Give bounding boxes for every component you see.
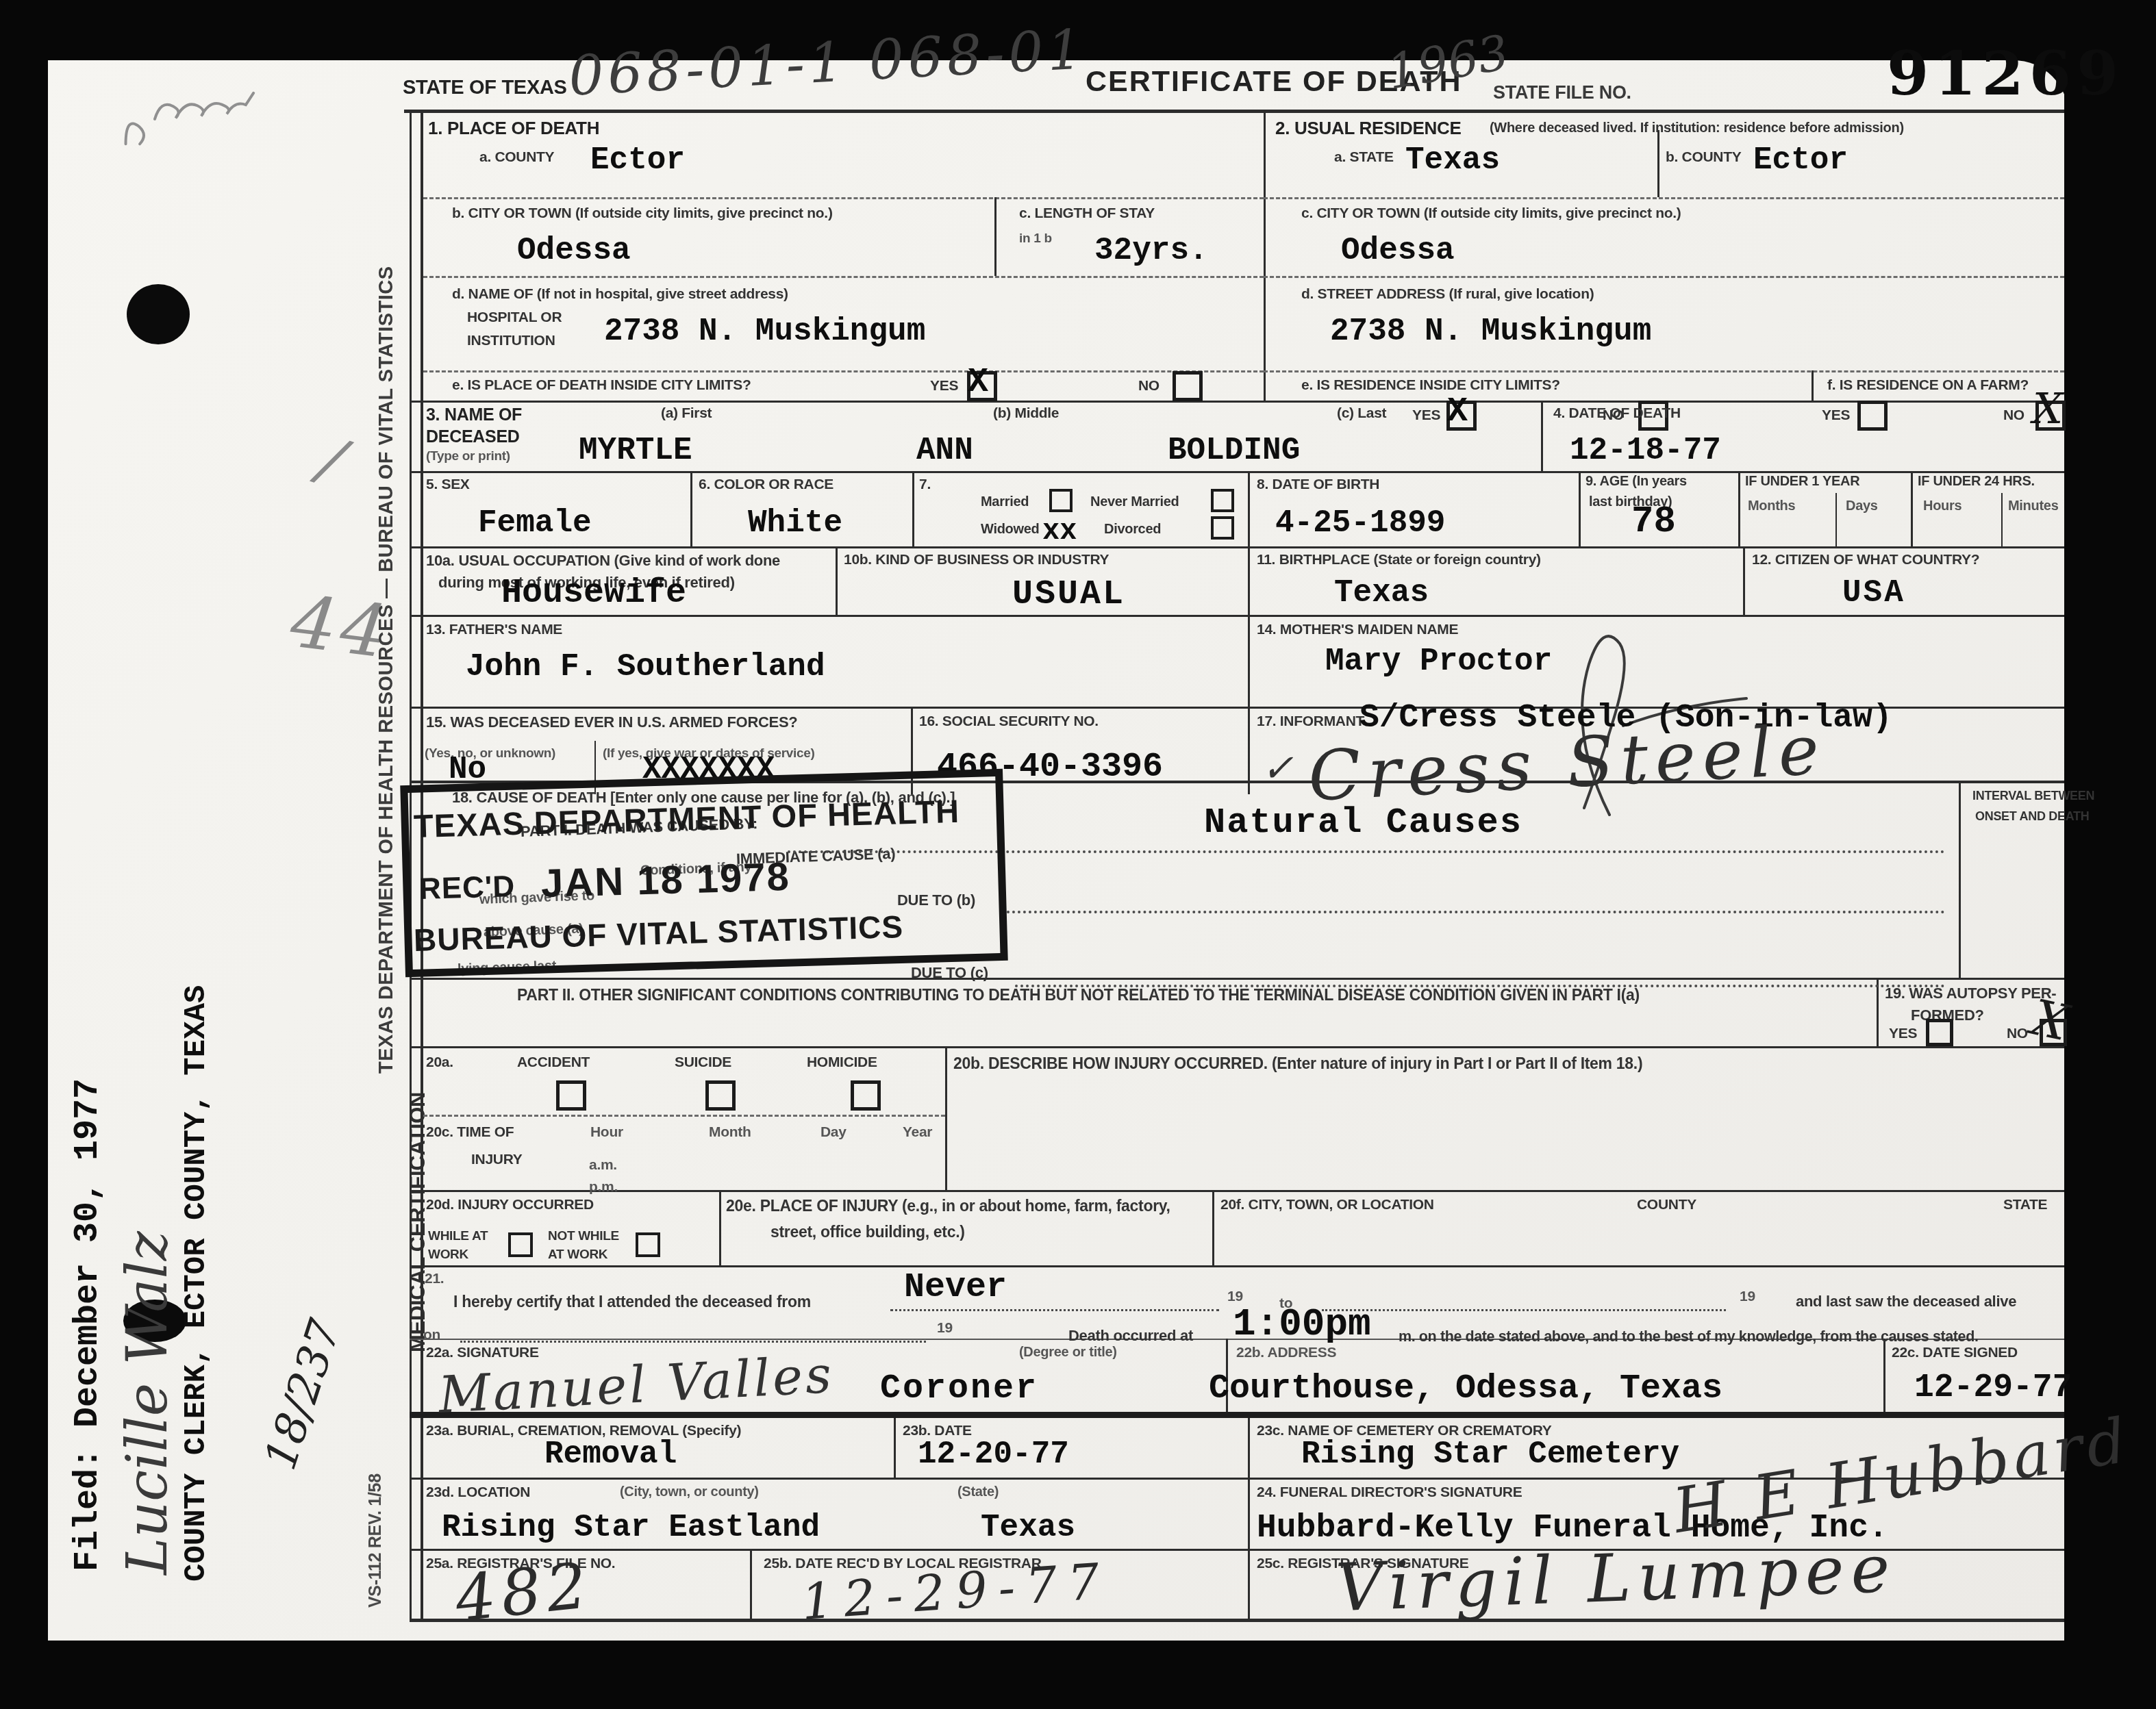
state-column-label: STATE xyxy=(2003,1197,2047,1213)
divider xyxy=(1657,130,1659,197)
divider xyxy=(1743,546,1745,615)
divider xyxy=(410,1265,2064,1267)
registrar-file-no-value: 482 xyxy=(452,1549,596,1636)
divider xyxy=(1248,471,1250,546)
divider xyxy=(1738,471,1740,546)
residence-city-label: c. CITY OR TOWN (If outside city limits,… xyxy=(1301,205,1681,222)
residence-city-value: Odessa xyxy=(1341,233,1455,268)
county-label: a. COUNTY xyxy=(479,149,554,166)
not-while-at-work-checkbox xyxy=(636,1232,660,1257)
ssn-label: 16. SOCIAL SECURITY NO. xyxy=(919,713,1099,730)
divider xyxy=(410,1046,2064,1048)
signature-22a-label: 22a. SIGNATURE xyxy=(426,1345,539,1361)
race-value: White xyxy=(748,505,842,541)
citizen-label: 12. CITIZEN OF WHAT COUNTRY? xyxy=(1752,552,1979,568)
divider xyxy=(1322,1309,1726,1311)
year-19-prefix: 19 xyxy=(937,1320,953,1337)
street-address-label: d. STREET ADDRESS (If rural, give locati… xyxy=(1301,286,1594,303)
city-label: b. CITY OR TOWN (If outside city limits,… xyxy=(452,205,833,222)
part2-label: PART II. OTHER SIGNIFICANT CONDITIONS CO… xyxy=(517,986,1640,1004)
street-address-value: 2738 N. Muskingum xyxy=(1330,314,1651,349)
divider xyxy=(1212,1190,1214,1265)
industry-label: 10b. KIND OF BUSINESS OR INDUSTRY xyxy=(844,552,1109,568)
divider xyxy=(1264,276,2064,278)
divider xyxy=(423,1115,945,1117)
armed-forces-value: No xyxy=(449,752,486,787)
citizen-value: USA xyxy=(1842,575,1905,611)
divider xyxy=(410,1190,2064,1192)
age-label: 9. AGE (In years xyxy=(1585,474,1687,490)
divider xyxy=(1248,1549,1250,1619)
divider xyxy=(1264,370,2064,372)
no-label: NO xyxy=(1138,378,1160,394)
divider xyxy=(410,401,2064,403)
last-name-label: (c) Last xyxy=(1337,405,1386,422)
day-label: Day xyxy=(820,1124,847,1141)
divider xyxy=(1812,370,1814,401)
mother-name-label: 14. MOTHER'S MAIDEN NAME xyxy=(1257,622,1458,638)
certify-line2b: m. on the date stated above, and to the … xyxy=(1399,1328,1978,1345)
registrar-signature: Virgil Lumpee xyxy=(1335,1539,1898,1618)
mother-name-value: Mary Proctor xyxy=(1325,644,1552,679)
place-limits-label: e. IS PLACE OF DEATH INSIDE CITY LIMITS? xyxy=(452,377,751,394)
divorced-label: Divorced xyxy=(1104,522,1161,537)
hour-label: Hour xyxy=(590,1124,623,1141)
stamp-recd: REC'D xyxy=(418,870,515,907)
certify-line1a: I hereby certify that I attended the dec… xyxy=(453,1293,811,1311)
accident-checkbox xyxy=(556,1080,586,1111)
place-limits-yes-mark: X xyxy=(968,363,988,402)
divider xyxy=(890,1309,1219,1311)
farm-label: f. IS RESIDENCE ON A FARM? xyxy=(1827,377,2029,394)
date-of-death-value: 12-18-77 xyxy=(1570,433,1721,468)
city-value: Odessa xyxy=(517,233,631,268)
injury-20f-label: 20f. CITY, TOWN, OR LOCATION xyxy=(1220,1197,1434,1213)
injury-20c-label: 20c. TIME OF xyxy=(426,1124,514,1141)
father-name-label: 13. FATHER'S NAME xyxy=(426,622,562,638)
divider xyxy=(1883,1339,1885,1414)
name-label-3: (Type or print) xyxy=(426,449,510,464)
address-value: Courthouse, Odessa, Texas xyxy=(1209,1369,1722,1408)
months-label: Months xyxy=(1748,498,1795,514)
hospital-label-3: INSTITUTION xyxy=(467,333,555,349)
on-label: on xyxy=(423,1327,440,1343)
divider xyxy=(894,1418,896,1478)
widowed-mark: xx xyxy=(1042,515,1077,548)
marital-label: 7. xyxy=(919,477,931,493)
location-state-value: Texas xyxy=(981,1510,1075,1545)
autopsy-label-1: 19. WAS AUTOPSY PER- xyxy=(1885,985,2056,1002)
birth-date-label: 8. DATE OF BIRTH xyxy=(1257,477,1379,493)
yes-label: YES xyxy=(1412,407,1440,424)
divider xyxy=(410,615,2064,617)
divider xyxy=(750,1549,752,1619)
industry-value: USUAL xyxy=(1012,575,1125,614)
certify-line1b: and last saw the deceased alive xyxy=(1796,1293,2016,1311)
father-name-value: John F. Southerland xyxy=(466,649,825,685)
divider xyxy=(410,546,2064,548)
birthplace-label: 11. BIRTHPLACE (State or foreign country… xyxy=(1257,552,1541,568)
injury-20e-label-2: street, office building, etc.) xyxy=(770,1223,965,1241)
injury-20b-label: 20b. DESCRIBE HOW INJURY OCCURRED. (Ente… xyxy=(953,1054,1642,1073)
divider xyxy=(690,471,692,546)
divider xyxy=(410,1619,2064,1622)
if-under-24-hrs-label: IF UNDER 24 HRS. xyxy=(1918,474,2035,490)
yes-label: YES xyxy=(1822,407,1850,424)
attended-from-value: Never xyxy=(904,1268,1007,1307)
divider xyxy=(719,1190,721,1265)
first-name-value: MYRTLE xyxy=(579,433,692,468)
suicide-checkbox xyxy=(705,1080,736,1111)
degree-value: Coroner xyxy=(880,1369,1038,1408)
divider xyxy=(1911,471,1913,546)
year-label: Year xyxy=(903,1124,932,1141)
divider xyxy=(1579,471,1581,546)
name-label: 3. NAME OF xyxy=(426,405,522,425)
residence-limits-yes-mark: X xyxy=(1447,392,1468,431)
informant-checkmark: ✓ xyxy=(1262,746,1294,791)
scan-border-bottom xyxy=(0,1641,2156,1709)
sex-label: 5. SEX xyxy=(426,477,470,493)
scanned-death-certificate: / 44 Filed: December 30, 1977 Lucille Wa… xyxy=(0,0,2156,1709)
divider xyxy=(1001,911,1945,913)
cemetery-value: Rising Star Cemetery xyxy=(1301,1436,1679,1472)
homicide-label: HOMICIDE xyxy=(807,1054,877,1071)
county-value: Ector xyxy=(590,142,685,178)
cause-value: Natural Causes xyxy=(1204,802,1522,843)
location-23d-label: 23d. LOCATION xyxy=(426,1484,530,1501)
married-label: Married xyxy=(981,494,1029,510)
divider xyxy=(1877,978,1879,1046)
middle-name-value: ANN xyxy=(916,433,973,468)
armed-forces-sub1: (Yes, no, or unknown) xyxy=(425,746,555,761)
certify-21-label: 21. xyxy=(425,1271,444,1287)
hours-label: Hours xyxy=(1923,498,1961,514)
divider xyxy=(836,546,838,615)
informant-label: 17. INFORMANT xyxy=(1257,713,1364,730)
not-while-at-work-label-2: AT WORK xyxy=(548,1248,607,1263)
divider xyxy=(1248,1418,1250,1478)
length-of-stay-sub: in 1 b xyxy=(1019,231,1052,246)
divider xyxy=(423,276,1264,278)
death-time-value: 1:00pm xyxy=(1233,1302,1371,1346)
divider xyxy=(410,471,2064,473)
while-at-work-checkbox xyxy=(508,1232,533,1257)
divorced-checkbox xyxy=(1211,516,1234,540)
never-married-label: Never Married xyxy=(1090,494,1179,510)
while-at-work-label: WHILE AT xyxy=(428,1229,488,1244)
divider xyxy=(1264,197,2064,199)
autopsy-yes-checkbox xyxy=(1926,1019,1953,1046)
residence-limits-label: e. IS RESIDENCE INSIDE CITY LIMITS? xyxy=(1301,377,1560,394)
race-label: 6. COLOR OR RACE xyxy=(699,477,833,493)
divider xyxy=(994,197,996,276)
death-occurred-at-label: Death occurred at xyxy=(1068,1327,1193,1345)
divider xyxy=(2001,493,2003,546)
divider xyxy=(1835,493,1837,546)
injury-20c-label-2: INJURY xyxy=(471,1152,522,1168)
length-of-stay-value: 32yrs. xyxy=(1094,233,1208,268)
residence-state-label: a. STATE xyxy=(1334,149,1394,166)
residence-county-value: Ector xyxy=(1753,142,1848,178)
suicide-label: SUICIDE xyxy=(675,1054,731,1071)
burial-date-value: 12-20-77 xyxy=(918,1436,1069,1472)
injury-20e-label: 20e. PLACE OF INJURY (e.g., in or about … xyxy=(726,1197,1170,1215)
age-value: 78 xyxy=(1631,501,1676,543)
divider xyxy=(1541,401,1543,471)
divider xyxy=(410,978,2064,980)
length-of-stay-label: c. LENGTH OF STAY xyxy=(1019,205,1155,222)
yes-label: YES xyxy=(1889,1026,1917,1042)
form-number-vertical-text: VS-112 REV. 1/58 xyxy=(366,1473,386,1608)
sex-value: Female xyxy=(478,505,592,541)
hospital-value: 2738 N. Muskingum xyxy=(604,314,925,349)
injury-20d-label: 20d. INJURY OCCURRED xyxy=(426,1197,594,1213)
birth-date-value: 4-25-1899 xyxy=(1275,505,1445,541)
county-clerk-signature: Lucille Walz xyxy=(115,1231,180,1575)
divider xyxy=(423,370,1264,372)
county-column-label: COUNTY xyxy=(1637,1197,1696,1213)
residence-title: 2. USUAL RESIDENCE xyxy=(1275,118,1462,139)
divider xyxy=(1264,110,1266,401)
not-while-at-work-label: NOT WHILE xyxy=(548,1229,619,1244)
while-at-work-label-2: WORK xyxy=(428,1248,468,1263)
name-label-2: DECEASED xyxy=(426,427,520,447)
due-to-c-label: DUE TO (c) xyxy=(911,964,988,982)
state-file-number: 91269 xyxy=(1887,38,2124,109)
date-signed-value: 12-29-77 xyxy=(1914,1369,2072,1406)
hospital-label-2: HOSPITAL OR xyxy=(467,309,562,326)
am-label: a.m. xyxy=(589,1157,617,1174)
state-of-texas-label: STATE OF TEXAS xyxy=(403,77,567,99)
pm-label: p.m. xyxy=(589,1179,618,1195)
divider xyxy=(1248,1478,1250,1549)
minutes-label: Minutes xyxy=(2008,498,2058,514)
divider xyxy=(460,1341,926,1343)
residence-state-value: Texas xyxy=(1405,142,1500,178)
no-label: NO xyxy=(2007,1026,2028,1042)
homicide-checkbox xyxy=(851,1080,881,1111)
divider xyxy=(423,197,1264,199)
divider xyxy=(404,110,2064,113)
date-signed-22c-label: 22c. DATE SIGNED xyxy=(1892,1345,2018,1361)
hospital-label: d. NAME OF (If not in hospital, give str… xyxy=(452,286,788,303)
never-married-checkbox xyxy=(1211,489,1234,512)
married-checkbox xyxy=(1049,489,1073,512)
interval-label-2: ONSET AND DEATH xyxy=(1975,809,2090,824)
no-label: NO xyxy=(2003,407,2025,424)
first-name-label: (a) First xyxy=(661,405,712,422)
month-label: Month xyxy=(709,1124,751,1141)
farm-no-mark: X xyxy=(2033,383,2063,433)
days-label: Days xyxy=(1846,498,1878,514)
funeral-director-24-label: 24. FUNERAL DIRECTOR'S SIGNATURE xyxy=(1257,1484,1522,1501)
place-limits-no-checkbox xyxy=(1173,371,1203,401)
burial-type-value: Removal xyxy=(544,1436,677,1472)
date-of-death-label: 4. DATE OF DEATH xyxy=(1553,405,1681,422)
hole-punch xyxy=(127,284,190,344)
last-name-value: BOLDING xyxy=(1168,433,1300,468)
birthplace-value: Texas xyxy=(1334,575,1429,611)
residence-title-paren: (Where deceased lived. If institution: r… xyxy=(1490,121,1904,136)
divider xyxy=(1248,615,1250,707)
widowed-label: Widowed xyxy=(981,522,1040,537)
occupation-value: Housewife xyxy=(501,574,686,613)
address-22b-label: 22b. ADDRESS xyxy=(1236,1345,1336,1361)
divider xyxy=(912,471,914,546)
year-19-prefix: 19 xyxy=(1740,1289,1755,1305)
location-city-value: Rising Star Eastland xyxy=(442,1510,820,1545)
residence-county-label: b. COUNTY xyxy=(1666,149,1741,166)
state-file-no-label: STATE FILE NO. xyxy=(1493,82,1631,103)
occupation-label: 10a. USUAL OCCUPATION (Give kind of work… xyxy=(426,552,780,570)
filed-date-text: Filed: December 30, 1977 xyxy=(68,1078,108,1571)
yes-label: YES xyxy=(930,378,958,394)
accident-label: ACCIDENT xyxy=(517,1054,590,1071)
place-of-death-title: 1. PLACE OF DEATH xyxy=(428,118,599,139)
armed-forces-label: 15. WAS DECEASED EVER IN U.S. ARMED FORC… xyxy=(426,713,797,731)
divider xyxy=(1959,781,1961,979)
location-state-label: (State) xyxy=(957,1484,999,1500)
farm-yes-checkbox xyxy=(1857,401,1888,431)
if-under-1-year-label: IF UNDER 1 YEAR xyxy=(1745,474,1859,490)
injury-20a-label: 20a. xyxy=(426,1054,453,1071)
county-clerk-text: COUNTY CLERK, ECTOR COUNTY, TEXAS xyxy=(179,985,214,1582)
divider xyxy=(1248,546,1250,615)
middle-name-label: (b) Middle xyxy=(993,405,1059,422)
stamp-date: JAN 18 1978 xyxy=(540,854,791,907)
agency-vertical-text: TEXAS DEPARTMENT OF HEALTH RESOURCES — B… xyxy=(375,266,398,1074)
location-city-label: (City, town, or county) xyxy=(620,1484,759,1500)
scan-border-left xyxy=(0,0,48,1709)
divider xyxy=(945,1046,947,1190)
interval-label-1: INTERVAL BETWEEN xyxy=(1972,789,2094,803)
degree-or-title-label: (Degree or title) xyxy=(1019,1345,1117,1360)
